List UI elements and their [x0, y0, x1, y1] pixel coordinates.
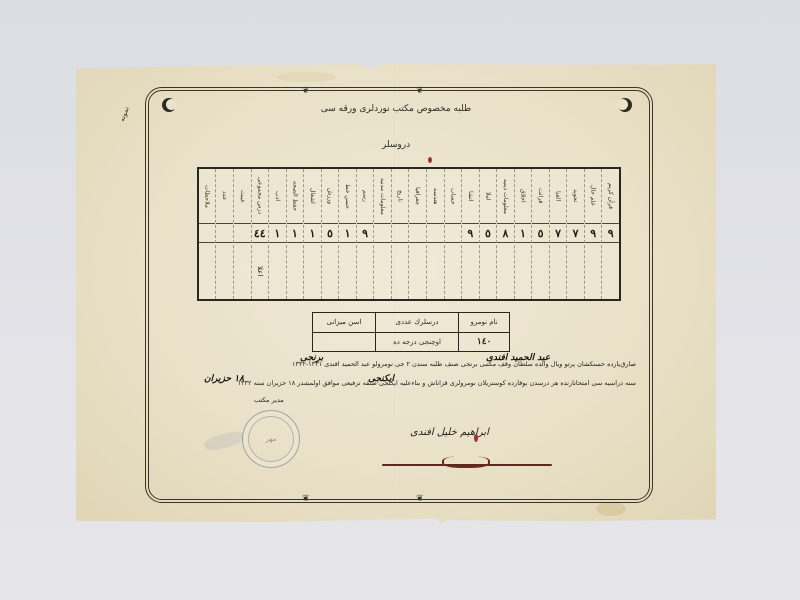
grade-column: تجويد٧ — [566, 169, 584, 299]
summary-value-cell: ١٤٠ — [459, 332, 510, 352]
grade-note — [304, 243, 321, 299]
grade-note — [287, 243, 304, 299]
grade-column: هندسه — [426, 169, 444, 299]
grade-note — [339, 243, 356, 299]
grade-note — [357, 243, 374, 299]
grades-table: قرآن كريم٩علم حال٩تجويد٧الفبا٧قرائت٥اخلا… — [197, 167, 621, 301]
grade-note — [199, 243, 216, 299]
summary-header-row: نام نومرو درسلرك عددى اسن ميزانى — [313, 313, 510, 333]
grade-column: اخلاق١ — [514, 169, 532, 299]
grade-column: حفظ الصحه١ — [286, 169, 304, 299]
signature-flourish — [442, 456, 490, 468]
margin-handwritten-note: نمونه — [118, 106, 131, 123]
body-text-line-1: صارق‌يارده حسنكشان پرتو ويال والده سلطان… — [292, 360, 636, 368]
grade-column: حسن خط١ — [338, 169, 356, 299]
paper-stain — [276, 72, 336, 82]
grade-note — [480, 243, 497, 299]
grade-note — [515, 243, 532, 299]
grade-value: ٩ — [585, 224, 602, 243]
grade-value: ٥ — [532, 224, 549, 243]
subject-header: حساب — [445, 169, 462, 224]
subject-header: حسن خط — [339, 169, 356, 224]
body-text-line-2: سنه دراسيه سى امتحانارنده هر درسدن بوقار… — [238, 379, 636, 387]
grade-column: انشا٩ — [461, 169, 479, 299]
crescent-star-icon — [618, 98, 632, 112]
handwritten-promotion: ايكنجى — [368, 374, 394, 384]
grade-note — [427, 243, 444, 299]
grade-note — [550, 243, 567, 299]
grade-note — [497, 243, 514, 299]
grade-value — [199, 224, 216, 243]
subject-header: ورزش — [322, 169, 339, 224]
grade-value: ٥ — [480, 224, 497, 243]
subject-header: جغرافيا — [409, 169, 426, 224]
grade-note — [409, 243, 426, 299]
seal-label: مدير مكتب — [254, 396, 284, 404]
subject-header: ادب — [269, 169, 286, 224]
subject-header: معلومات مدنيه — [374, 169, 391, 224]
document-subtitle: دروسلر — [346, 140, 446, 150]
grade-value: ٩ — [602, 224, 619, 243]
handwritten-name: عبد الحميد افندى — [486, 353, 550, 363]
grade-note — [234, 243, 251, 299]
grade-column: الفبا٧ — [549, 169, 567, 299]
grade-column: درس مجموعى٤٤اعلا — [251, 169, 269, 299]
grade-column: قرائت٥ — [531, 169, 549, 299]
grade-column: ورزش٥ — [321, 169, 339, 299]
border-ornament-icon: ❦ — [302, 494, 310, 504]
subject-header: حفظ الصحه — [287, 169, 304, 224]
grade-value — [392, 224, 409, 243]
grade-note — [269, 243, 286, 299]
grade-column: رسم٩ — [356, 169, 374, 299]
grade-column: ادب١ — [268, 169, 286, 299]
handwritten-date: ١٨ حزيران — [204, 374, 244, 384]
grade-column: حساب — [444, 169, 462, 299]
summary-header-cell: درسلرك عددى — [375, 313, 458, 333]
grade-value — [234, 224, 251, 243]
grade-column: عدد — [215, 169, 233, 299]
grade-column: جغرافيا — [408, 169, 426, 299]
subject-header: املا — [480, 169, 497, 224]
border-ornament-icon: ❦ — [302, 86, 310, 96]
grade-value: ١ — [515, 224, 532, 243]
red-ink-mark — [428, 157, 432, 163]
subject-header: اشغال — [304, 169, 321, 224]
subject-header: تجويد — [567, 169, 584, 224]
grade-note — [585, 243, 602, 299]
seal-text: مهر — [266, 435, 277, 443]
subject-header: غيبت — [234, 169, 251, 224]
grade-note — [567, 243, 584, 299]
grade-value: ١ — [304, 224, 321, 243]
grade-note — [462, 243, 479, 299]
border-ornament-icon: ❦ — [416, 86, 424, 96]
grade-value: ٧ — [567, 224, 584, 243]
grade-note — [445, 243, 462, 299]
grade-column: معلومات مدنيه — [373, 169, 391, 299]
grade-value — [445, 224, 462, 243]
grade-column: علم حال٩ — [584, 169, 602, 299]
grade-note — [216, 243, 233, 299]
grade-column: ملاحظات — [199, 169, 216, 299]
grade-value — [409, 224, 426, 243]
subject-header: هندسه — [427, 169, 444, 224]
grade-value — [427, 224, 444, 243]
grade-value: ١ — [339, 224, 356, 243]
document-header-title: طلبه مخصوص مكتب نوردلرى ورقه سى — [236, 104, 556, 114]
paper-stain — [596, 502, 626, 516]
grade-column: املا٥ — [479, 169, 497, 299]
summary-table: نام نومرو درسلرك عددى اسن ميزانى ١٤٠ اوچ… — [312, 312, 510, 352]
grade-column: اشغال١ — [303, 169, 321, 299]
grade-column: تاريخ — [391, 169, 409, 299]
summary-header-cell: اسن ميزانى — [313, 313, 376, 333]
grade-value: ١ — [287, 224, 304, 243]
subject-header: قرائت — [532, 169, 549, 224]
subject-header: تاريخ — [392, 169, 409, 224]
grade-value: ٧ — [550, 224, 567, 243]
subject-header: رسم — [357, 169, 374, 224]
subject-header: انشا — [462, 169, 479, 224]
handwritten-class: برنجى — [300, 353, 323, 363]
grade-value: ٤٤ — [252, 224, 269, 243]
grade-note: اعلا — [252, 243, 269, 299]
grade-value: ٩ — [462, 224, 479, 243]
grade-value: ٩ — [357, 224, 374, 243]
subject-header: علم حال — [585, 169, 602, 224]
grade-column: قرآن كريم٩ — [601, 169, 619, 299]
summary-value-cell: اوچنجى درجه ده — [375, 332, 458, 352]
grade-value: ٨ — [497, 224, 514, 243]
subject-header: درس مجموعى — [252, 169, 269, 224]
subject-header: اخلاق — [515, 169, 532, 224]
grade-note — [392, 243, 409, 299]
subject-header: عدد — [216, 169, 233, 224]
summary-header-cell: نام نومرو — [459, 313, 510, 333]
red-ink-mark — [474, 434, 478, 442]
ottoman-certificate-paper: نمونه ❦ ❦ ❦ ❦ طلبه مخصوص مكتب نوردلرى ور… — [76, 62, 716, 524]
grade-note — [532, 243, 549, 299]
subject-header: الفبا — [550, 169, 567, 224]
crescent-star-icon — [162, 98, 176, 112]
summary-value-cell — [313, 332, 376, 352]
grade-note — [374, 243, 391, 299]
official-seal-stamp: مهر — [242, 410, 300, 468]
grade-value: ١ — [269, 224, 286, 243]
grade-note — [322, 243, 339, 299]
grade-value — [216, 224, 233, 243]
grade-column: غيبت — [233, 169, 251, 299]
subject-header: قرآن كريم — [602, 169, 619, 224]
grade-value — [374, 224, 391, 243]
subject-header: معلومات دينيه — [497, 169, 514, 224]
grade-value: ٥ — [322, 224, 339, 243]
subject-header: ملاحظات — [199, 169, 216, 224]
border-ornament-icon: ❦ — [416, 494, 424, 504]
grade-column: معلومات دينيه٨ — [496, 169, 514, 299]
grade-note — [602, 243, 619, 299]
summary-value-row: ١٤٠ اوچنجى درجه ده — [313, 332, 510, 352]
